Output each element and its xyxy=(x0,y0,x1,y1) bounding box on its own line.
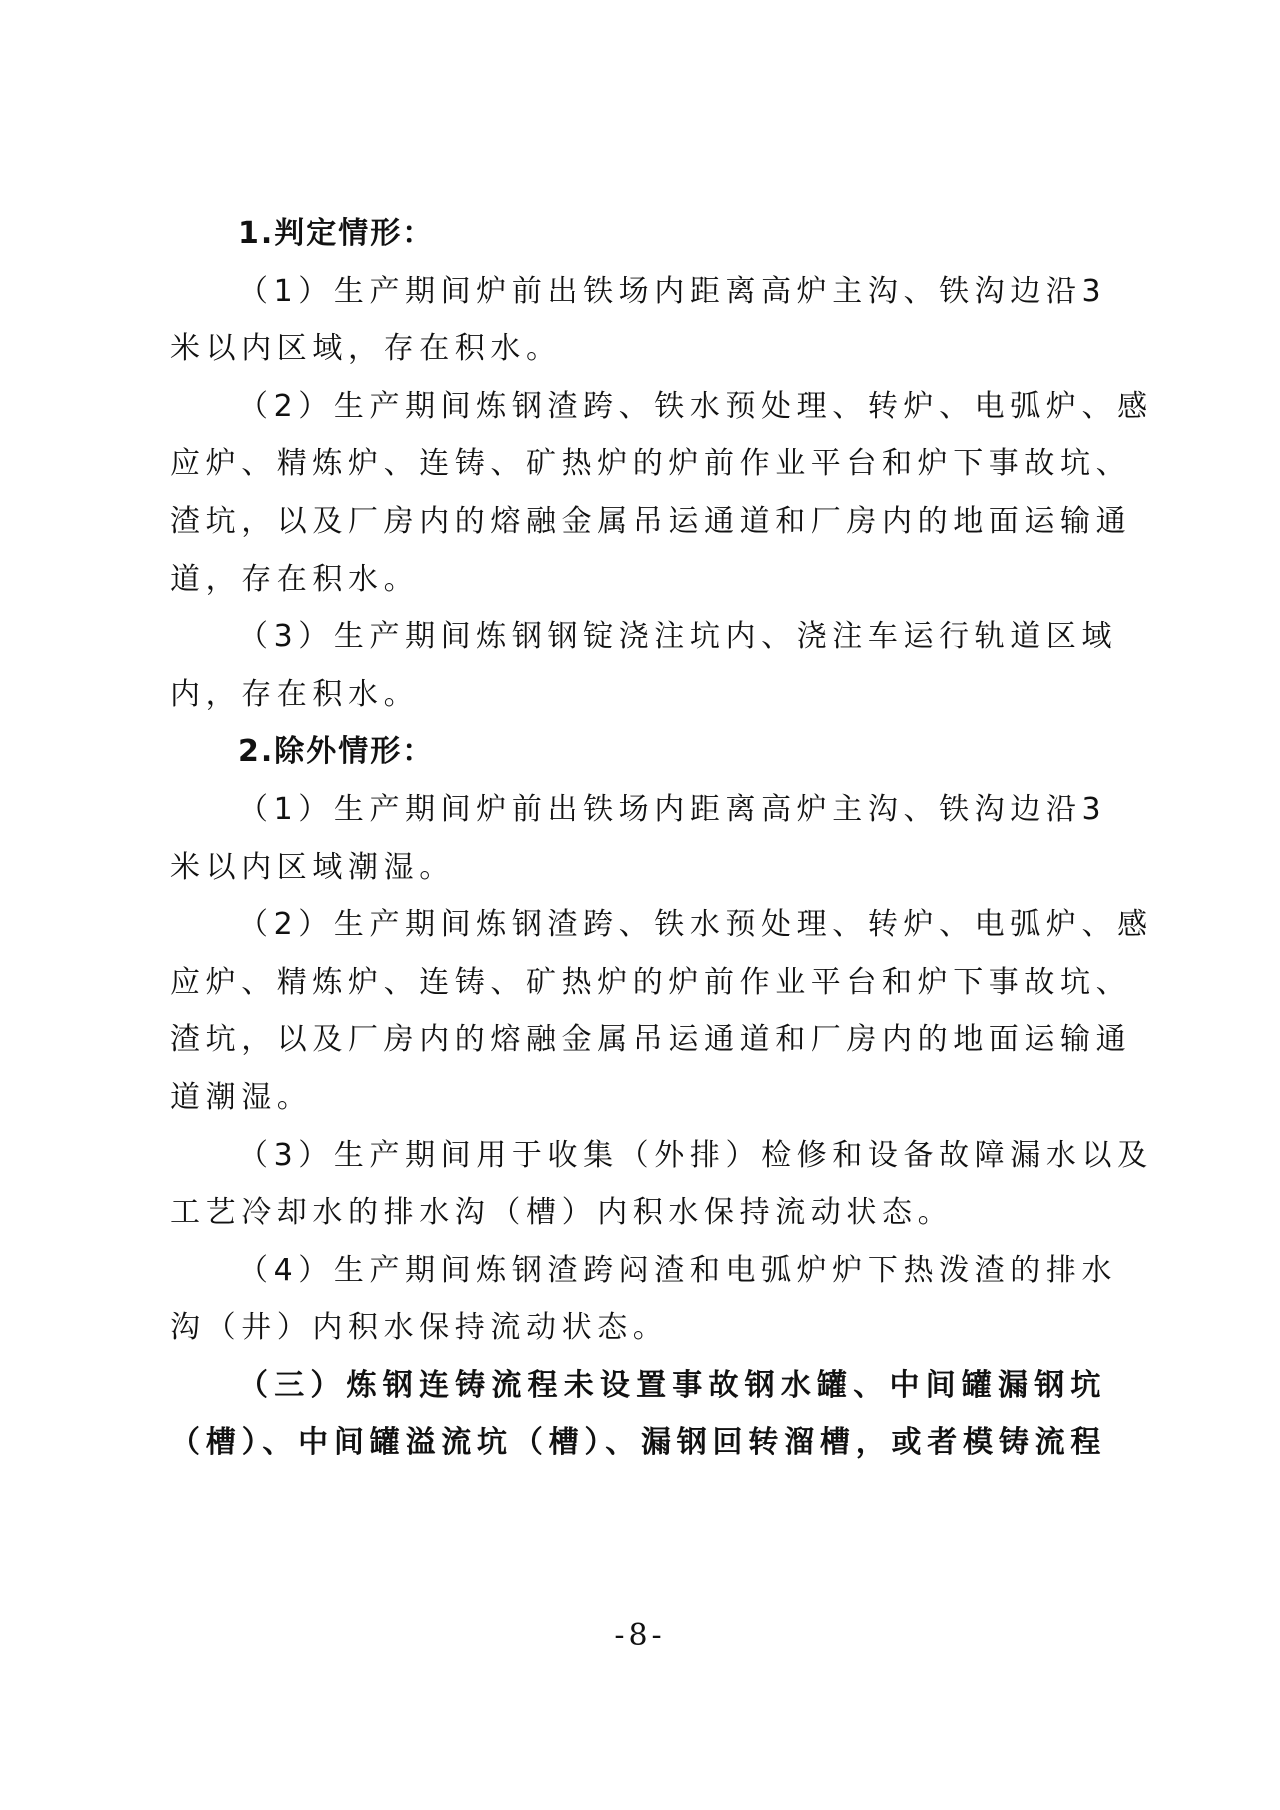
paragraph-line: 米以内区域潮湿。 xyxy=(170,839,1106,897)
document-page: 1.判定情形： （1）生产期间炉前出铁场内距离高炉主沟、铁沟边沿3 米以内区域，… xyxy=(0,0,1280,1810)
exclusion-item-4: （4）生产期间炼钢渣跨闷渣和电弧炉炉下热泼渣的排水 沟（井）内积水保持流动状态。 xyxy=(170,1242,1106,1357)
page-number: -8- xyxy=(0,1618,1280,1653)
paragraph-line: 道，存在积水。 xyxy=(170,551,1106,609)
determination-item-3: （3）生产期间炼钢钢锭浇注坑内、浇注车运行轨道区域 内，存在积水。 xyxy=(170,608,1106,723)
paragraph-line: 应炉、精炼炉、连铸、矿热炉的炉前作业平台和炉下事故坑、 xyxy=(170,954,1106,1012)
paragraph-line: （3）生产期间用于收集（外排）检修和设备故障漏水以及 xyxy=(170,1127,1106,1185)
paragraph-line: （1）生产期间炉前出铁场内距离高炉主沟、铁沟边沿3 xyxy=(170,781,1106,839)
paragraph-line: 内，存在积水。 xyxy=(170,666,1106,724)
section-heading-determination: 1.判定情形： xyxy=(170,205,1106,263)
exclusion-item-3: （3）生产期间用于收集（外排）检修和设备故障漏水以及 工艺冷却水的排水沟（槽）内… xyxy=(170,1127,1106,1242)
paragraph-line: 米以内区域，存在积水。 xyxy=(170,320,1106,378)
exclusion-item-1: （1）生产期间炉前出铁场内距离高炉主沟、铁沟边沿3 米以内区域潮湿。 xyxy=(170,781,1106,896)
paragraph-line: （槽）、中间罐溢流坑（槽）、漏钢回转溜槽，或者模铸流程 xyxy=(170,1414,1106,1472)
paragraph-line: （4）生产期间炼钢渣跨闷渣和电弧炉炉下热泼渣的排水 xyxy=(170,1242,1106,1300)
exclusion-item-2: （2）生产期间炼钢渣跨、铁水预处理、转炉、电弧炉、感 应炉、精炼炉、连铸、矿热炉… xyxy=(170,896,1106,1126)
paragraph-line: 渣坑，以及厂房内的熔融金属吊运通道和厂房内的地面运输通 xyxy=(170,1011,1106,1069)
paragraph-line: （3）生产期间炼钢钢锭浇注坑内、浇注车运行轨道区域 xyxy=(170,608,1106,666)
paragraph-line: 工艺冷却水的排水沟（槽）内积水保持流动状态。 xyxy=(170,1184,1106,1242)
determination-item-2: （2）生产期间炼钢渣跨、铁水预处理、转炉、电弧炉、感 应炉、精炼炉、连铸、矿热炉… xyxy=(170,378,1106,608)
determination-item-1: （1）生产期间炉前出铁场内距离高炉主沟、铁沟边沿3 米以内区域，存在积水。 xyxy=(170,263,1106,378)
paragraph-line: （三）炼钢连铸流程未设置事故钢水罐、中间罐漏钢坑 xyxy=(170,1357,1106,1415)
section-heading-exclusions: 2.除外情形： xyxy=(170,723,1106,781)
paragraph-line: 渣坑，以及厂房内的熔融金属吊运通道和厂房内的地面运输通 xyxy=(170,493,1106,551)
document-body: 1.判定情形： （1）生产期间炉前出铁场内距离高炉主沟、铁沟边沿3 米以内区域，… xyxy=(170,205,1106,1472)
paragraph-line: （1）生产期间炉前出铁场内距离高炉主沟、铁沟边沿3 xyxy=(170,263,1106,321)
paragraph-line: 沟（井）内积水保持流动状态。 xyxy=(170,1299,1106,1357)
paragraph-line: （2）生产期间炼钢渣跨、铁水预处理、转炉、电弧炉、感 xyxy=(170,896,1106,954)
paragraph-line: 应炉、精炼炉、连铸、矿热炉的炉前作业平台和炉下事故坑、 xyxy=(170,435,1106,493)
section-three-paragraph: （三）炼钢连铸流程未设置事故钢水罐、中间罐漏钢坑 （槽）、中间罐溢流坑（槽）、漏… xyxy=(170,1357,1106,1472)
paragraph-line: （2）生产期间炼钢渣跨、铁水预处理、转炉、电弧炉、感 xyxy=(170,378,1106,436)
paragraph-line: 道潮湿。 xyxy=(170,1069,1106,1127)
